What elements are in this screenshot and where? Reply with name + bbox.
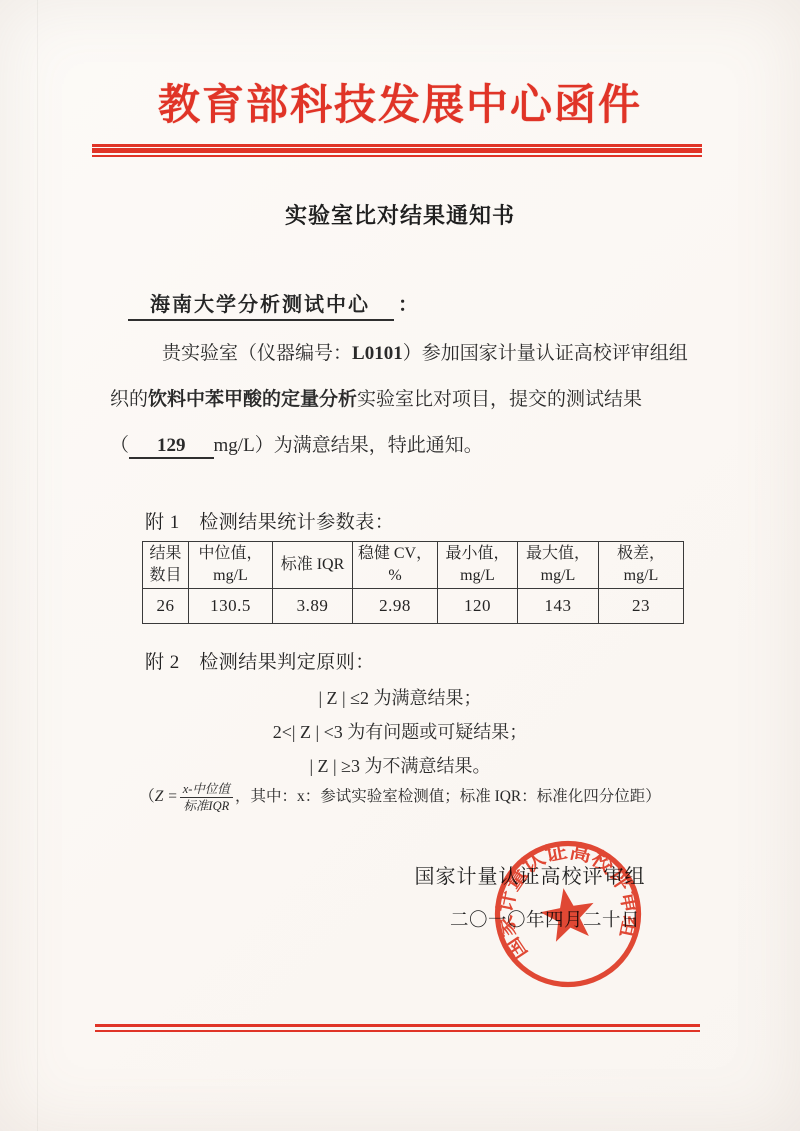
result-close-text: ）为满意结果，特此通知。 bbox=[255, 435, 483, 456]
formula-fraction: x-中位值标准IQR bbox=[180, 782, 233, 814]
footer-rule bbox=[95, 1024, 700, 1032]
issuing-organization: 国家计量认证高校评审组 bbox=[400, 860, 660, 889]
letterhead-rule bbox=[92, 144, 702, 157]
letterhead-title: 教育部科技发展中心函件 bbox=[0, 72, 800, 132]
document-page: 教育部科技发展中心函件 实验室比对结果通知书 海南大学分析测试中心： 贵实验室（… bbox=[0, 0, 800, 1131]
body-line-3: （129mg/L）为满意结果，特此通知。 bbox=[110, 430, 694, 459]
body-line1-post: ）参加国家计量认证高校评审组组 bbox=[403, 343, 688, 364]
appendix2-caption: 附 2 检测结果判定原则： bbox=[145, 647, 375, 674]
appendix1-caption: 附 1 检测结果统计参数表： bbox=[145, 507, 394, 534]
table-header-cell: 最小值， mg/L bbox=[438, 542, 518, 589]
table-header-cell: 结果 数目 bbox=[143, 542, 189, 589]
table-value-cell: 3.89 bbox=[273, 589, 353, 624]
instrument-code: L0101 bbox=[352, 343, 403, 364]
table-value-row: 26 130.5 3.89 2.98 120 143 23 bbox=[143, 589, 684, 624]
table-header-cell: 中位值， mg/L bbox=[189, 542, 273, 589]
seal-arc-text: 国家计量认证高校评审组 bbox=[482, 828, 649, 966]
formula-explanation: ，其中：x：参试实验室检测值；标准 IQR：标准化四分位距） bbox=[235, 788, 661, 805]
formula-open-paren: （ bbox=[139, 788, 155, 805]
body-line2-post: 实验室比对项目，提交的测试结果 bbox=[357, 389, 642, 410]
result-open-paren: （ bbox=[110, 435, 129, 456]
addressee-row: 海南大学分析测试中心： bbox=[128, 288, 418, 321]
issue-date: 二〇一〇年四月二十日 bbox=[400, 906, 690, 932]
table-header-cell: 最大值， mg/L bbox=[518, 542, 599, 589]
project-name: 饮料中苯甲酸的定量分析 bbox=[148, 389, 357, 410]
table-value-cell: 23 bbox=[599, 589, 684, 624]
body-line2-pre: 织的 bbox=[110, 389, 148, 410]
table-value-cell: 26 bbox=[143, 589, 189, 624]
addressee-name: 海南大学分析测试中心 bbox=[128, 288, 394, 321]
statistics-table: 结果 数目 中位值， mg/L 标准 IQR 稳健 CV， % 最小值， mg/… bbox=[142, 541, 684, 624]
rule-questionable: 2<| Z | <3 为有问题或可疑结果； bbox=[0, 718, 800, 744]
body-line-2: 织的饮料中苯甲酸的定量分析实验室比对项目，提交的测试结果 bbox=[110, 384, 694, 411]
z-score-formula: （Z =x-中位值标准IQR，其中：x：参试实验室检测值；标准 IQR：标准化四… bbox=[0, 782, 800, 814]
body-line1-pre: 贵实验室（仪器编号： bbox=[162, 343, 352, 364]
body-line-1: 贵实验室（仪器编号：L0101）参加国家计量认证高校评审组组 bbox=[110, 338, 694, 365]
table-value-cell: 130.5 bbox=[189, 589, 273, 624]
rule-unsatisfactory: | Z | ≥3 为不满意结果。 bbox=[0, 752, 800, 778]
formula-denominator: 标准IQR bbox=[180, 798, 233, 813]
rule-satisfactory: | Z | ≤2 为满意结果； bbox=[0, 684, 800, 710]
result-value: 129 bbox=[129, 436, 214, 459]
document-title: 实验室比对结果通知书 bbox=[0, 199, 800, 230]
addressee-colon: ： bbox=[398, 294, 418, 316]
table-value-cell: 120 bbox=[438, 589, 518, 624]
table-header-cell: 稳健 CV， % bbox=[353, 542, 438, 589]
table-header-cell: 标准 IQR bbox=[273, 542, 353, 589]
table-header-row: 结果 数目 中位值， mg/L 标准 IQR 稳健 CV， % 最小值， mg/… bbox=[143, 542, 684, 589]
table-value-cell: 143 bbox=[518, 589, 599, 624]
formula-numerator: x-中位值 bbox=[180, 782, 233, 798]
formula-lhs: Z = bbox=[155, 788, 178, 805]
table-value-cell: 2.98 bbox=[353, 589, 438, 624]
result-unit: mg/L bbox=[214, 435, 255, 456]
table-header-cell: 极差， mg/L bbox=[599, 542, 684, 589]
